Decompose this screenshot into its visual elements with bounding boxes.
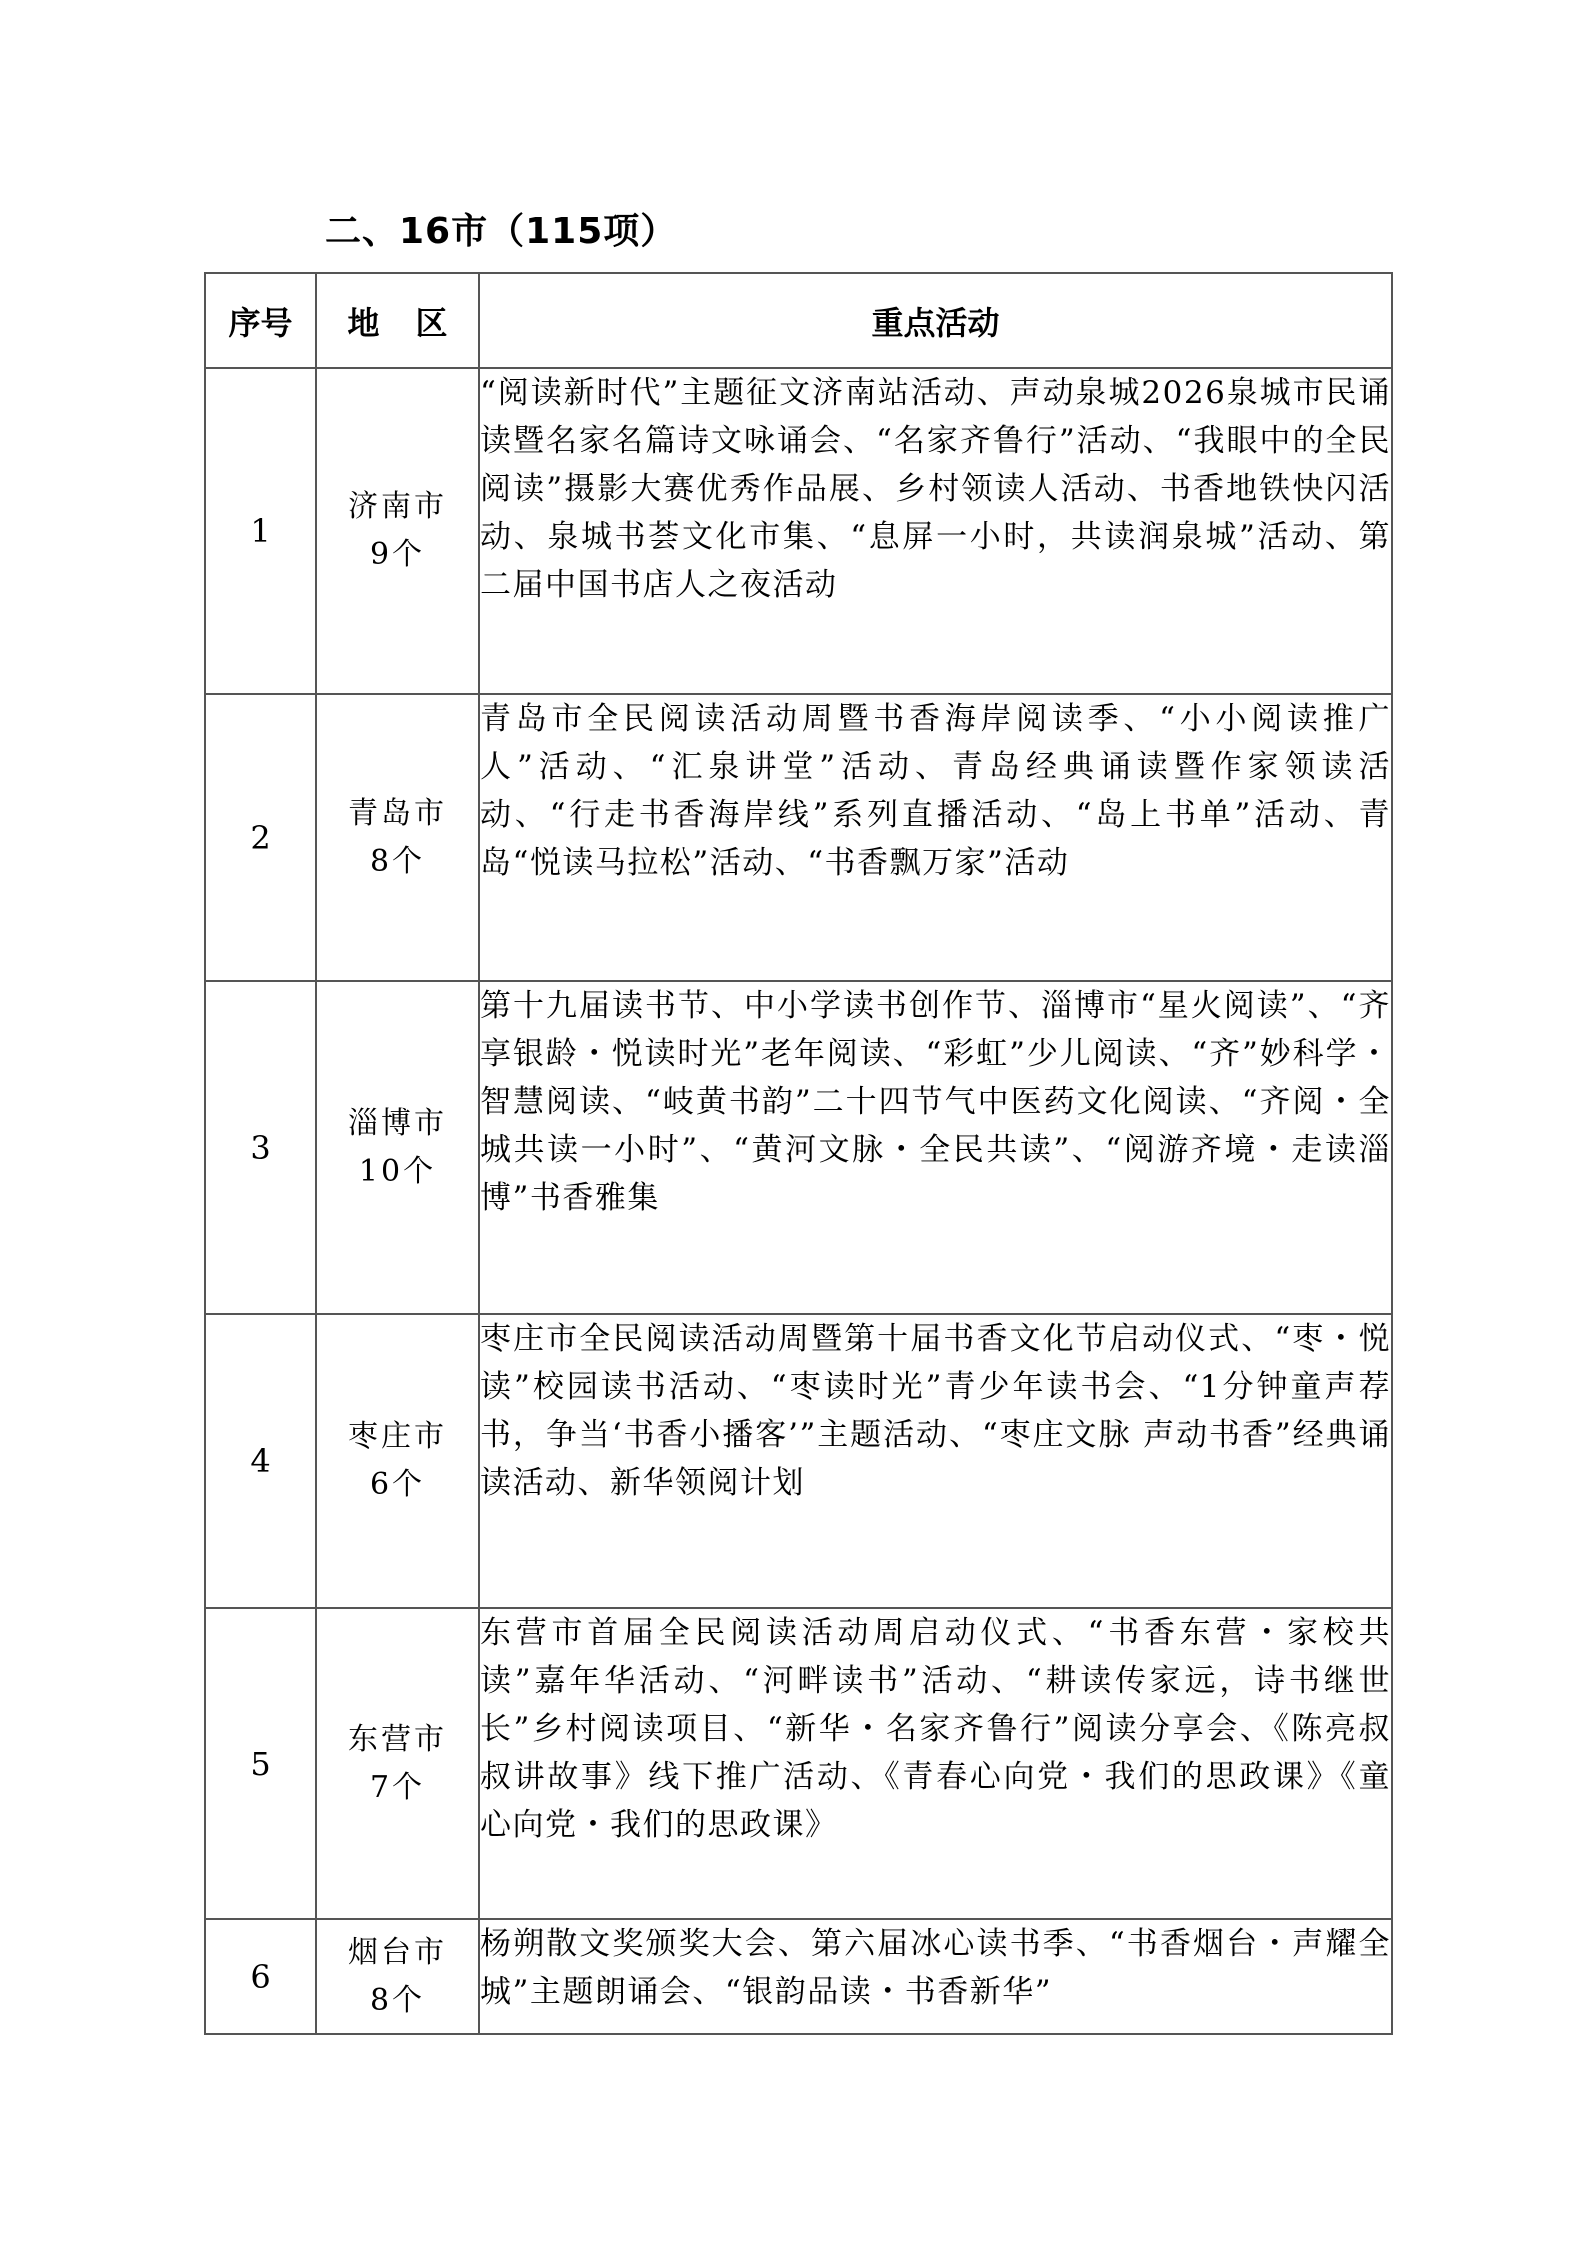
row-region: 东营市 7个 <box>316 1608 479 1919</box>
activity-count: 9个 <box>317 531 478 579</box>
row-activities: 枣庄市全民阅读活动周暨第十届书香文化节启动仪式、“枣・悦读”校园读书活动、“枣读… <box>479 1314 1392 1608</box>
section-title: 二、16市（115项） <box>325 208 677 256</box>
table-row: 1 济南市 9个 “阅读新时代”主题征文济南站活动、声动泉城2026泉城市民诵读… <box>205 368 1392 694</box>
table-row: 3 淄博市 10个 第十九届读书节、中小学读书创作节、淄博市“星火阅读”、“齐享… <box>205 981 1392 1314</box>
table-row: 6 烟台市 8个 杨朔散文奖颁奖大会、第六届冰心读书季、“书香烟台・声耀全城”主… <box>205 1919 1392 2034</box>
row-activities: 第十九届读书节、中小学读书创作节、淄博市“星火阅读”、“齐享银龄・悦读时光”老年… <box>479 981 1392 1314</box>
row-region: 济南市 9个 <box>316 368 479 694</box>
row-activities: 杨朔散文奖颁奖大会、第六届冰心读书季、“书香烟台・声耀全城”主题朗诵会、“银韵品… <box>479 1919 1392 2034</box>
table-row: 4 枣庄市 6个 枣庄市全民阅读活动周暨第十届书香文化节启动仪式、“枣・悦读”校… <box>205 1314 1392 1608</box>
city-name: 青岛市 <box>317 790 478 838</box>
row-seq: 3 <box>205 981 316 1314</box>
row-activities: 东营市首届全民阅读活动周启动仪式、“书香东营・家校共读”嘉年华活动、“河畔读书”… <box>479 1608 1392 1919</box>
table-header-row: 序号 地区 重点活动 <box>205 273 1392 368</box>
city-name: 淄博市 <box>317 1100 478 1148</box>
row-seq: 5 <box>205 1608 316 1919</box>
city-name: 枣庄市 <box>317 1413 478 1461</box>
header-seq: 序号 <box>205 273 316 368</box>
activity-count: 10个 <box>317 1148 478 1196</box>
row-region: 青岛市 8个 <box>316 694 479 981</box>
city-name: 东营市 <box>317 1716 478 1764</box>
activity-count: 7个 <box>317 1764 478 1812</box>
row-seq: 2 <box>205 694 316 981</box>
row-seq: 4 <box>205 1314 316 1608</box>
header-activities: 重点活动 <box>479 273 1392 368</box>
city-name: 济南市 <box>317 483 478 531</box>
table-row: 2 青岛市 8个 青岛市全民阅读活动周暨书香海岸阅读季、“小小阅读推广人”活动、… <box>205 694 1392 981</box>
row-activities: “阅读新时代”主题征文济南站活动、声动泉城2026泉城市民诵读暨名家名篇诗文咏诵… <box>479 368 1392 694</box>
activity-count: 8个 <box>317 1977 478 2025</box>
row-region: 枣庄市 6个 <box>316 1314 479 1608</box>
row-seq: 6 <box>205 1919 316 2034</box>
city-name: 烟台市 <box>317 1929 478 1977</box>
header-region: 地区 <box>316 273 479 368</box>
activities-table: 序号 地区 重点活动 1 济南市 9个 “阅读新时代”主题征文济南站活动、声动泉… <box>204 272 1393 2035</box>
row-region: 烟台市 8个 <box>316 1919 479 2034</box>
activity-count: 6个 <box>317 1461 478 1509</box>
row-activities: 青岛市全民阅读活动周暨书香海岸阅读季、“小小阅读推广人”活动、“汇泉讲堂”活动、… <box>479 694 1392 981</box>
activity-count: 8个 <box>317 838 478 886</box>
header-region-label: 地区 <box>347 304 483 342</box>
row-region: 淄博市 10个 <box>316 981 479 1314</box>
row-seq: 1 <box>205 368 316 694</box>
table-row: 5 东营市 7个 东营市首届全民阅读活动周启动仪式、“书香东营・家校共读”嘉年华… <box>205 1608 1392 1919</box>
